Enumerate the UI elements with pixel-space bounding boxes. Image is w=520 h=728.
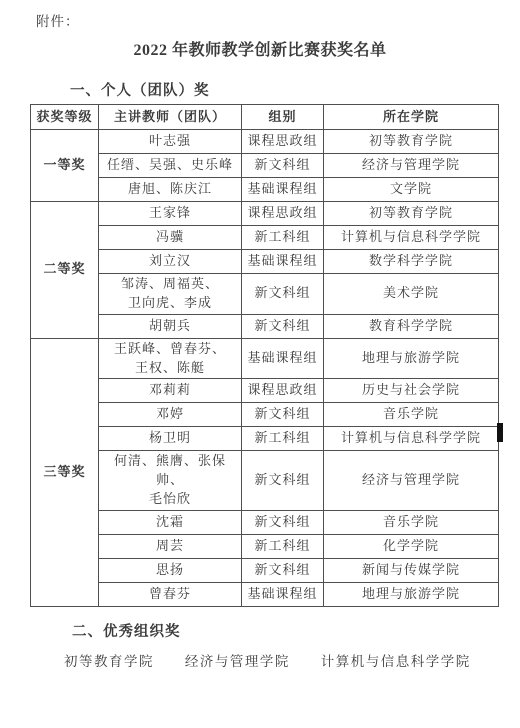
group-cell: 课程思政组: [242, 379, 324, 403]
teacher-cell: 何清、熊膺、张保帅、 毛怡欣: [99, 451, 242, 511]
group-cell: 新工科组: [242, 534, 324, 558]
teacher-cell: 杨卫明: [99, 427, 242, 451]
college-cell: 经济与管理学院: [324, 451, 499, 511]
group-cell: 基础课程组: [242, 582, 324, 606]
table-row: 二等奖 王家锋 课程思政组 初等教育学院: [31, 202, 499, 226]
document-title: 2022 年教师教学创新比赛获奖名单: [0, 37, 520, 60]
section1-heading: 一、个人（团队）奖: [70, 79, 210, 100]
header-teacher: 主讲教师（团队）: [99, 105, 242, 130]
group-cell: 课程思政组: [242, 130, 324, 154]
college-cell: 文学院: [324, 178, 499, 202]
table-row: 胡朝兵 新文科组 教育科学学院: [31, 314, 499, 338]
section2-heading: 二、优秀组织奖: [72, 620, 181, 641]
group-cell: 基础课程组: [242, 338, 324, 379]
grade-cell-third-prize: 三等奖: [31, 338, 99, 606]
teacher-cell: 任缙、吴强、史乐峰: [99, 154, 242, 178]
college-cell: 初等教育学院: [324, 202, 499, 226]
group-cell: 新文科组: [242, 451, 324, 511]
table-row: 沈霜 新文科组 音乐学院: [31, 510, 499, 534]
org-winner: 初等教育学院: [64, 654, 154, 669]
org-winner: 计算机与信息科学学院: [321, 654, 471, 669]
college-cell: 化学学院: [324, 534, 499, 558]
college-cell: 美术学院: [324, 274, 499, 315]
teacher-cell: 思扬: [99, 558, 242, 582]
teacher-cell: 冯骥: [99, 226, 242, 250]
table-row: 思扬 新文科组 新闻与传媒学院: [31, 558, 499, 582]
teacher-cell: 曾春芬: [99, 582, 242, 606]
header-group: 组别: [242, 105, 324, 130]
teacher-cell: 沈霜: [99, 510, 242, 534]
group-cell: 新文科组: [242, 274, 324, 315]
college-cell: 经济与管理学院: [324, 154, 499, 178]
table-row: 邹涛、周福英、 卫向虎、李成 新文科组 美术学院: [31, 274, 499, 315]
college-cell: 音乐学院: [324, 510, 499, 534]
college-cell: 教育科学学院: [324, 314, 499, 338]
table-row: 邓婷 新文科组 音乐学院: [31, 403, 499, 427]
teacher-cell: 周芸: [99, 534, 242, 558]
college-cell: 数学科学学院: [324, 250, 499, 274]
group-cell: 新文科组: [242, 154, 324, 178]
group-cell: 课程思政组: [242, 202, 324, 226]
document-page: 附件： 2022 年教师教学创新比赛获奖名单 一、个人（团队）奖 获奖等级 主讲…: [0, 0, 520, 728]
header-college: 所在学院: [324, 105, 499, 130]
group-cell: 基础课程组: [242, 178, 324, 202]
table-row: 一等奖 叶志强 课程思政组 初等教育学院: [31, 130, 499, 154]
college-cell: 新闻与传媒学院: [324, 558, 499, 582]
table-row: 周芸 新工科组 化学学院: [31, 534, 499, 558]
table-row: 唐旭、陈庆江 基础课程组 文学院: [31, 178, 499, 202]
group-cell: 新文科组: [242, 558, 324, 582]
table-row: 邓莉莉 课程思政组 历史与社会学院: [31, 379, 499, 403]
group-cell: 新文科组: [242, 403, 324, 427]
attachment-label: 附件：: [36, 10, 80, 30]
college-cell: 音乐学院: [324, 403, 499, 427]
table-row: 冯骥 新工科组 计算机与信息科学学院: [31, 226, 499, 250]
college-cell: 初等教育学院: [324, 130, 499, 154]
teacher-cell: 邓莉莉: [99, 379, 242, 403]
grade-cell-first-prize: 一等奖: [31, 130, 99, 202]
teacher-cell: 刘立汉: [99, 250, 242, 274]
group-cell: 新工科组: [242, 226, 324, 250]
table-row: 何清、熊膺、张保帅、 毛怡欣 新文科组 经济与管理学院: [31, 451, 499, 511]
group-cell: 新文科组: [242, 314, 324, 338]
table-row: 杨卫明 新工科组 计算机与信息科学学院: [31, 427, 499, 451]
artifact-mark: [497, 423, 503, 442]
org-award-winners: 初等教育学院 经济与管理学院 计算机与信息科学学院: [64, 650, 471, 670]
college-cell: 计算机与信息科学学院: [324, 226, 499, 250]
header-award-grade: 获奖等级: [31, 105, 99, 130]
teacher-cell: 邓婷: [99, 403, 242, 427]
college-cell: 地理与旅游学院: [324, 582, 499, 606]
table-header-row: 获奖等级 主讲教师（团队） 组别 所在学院: [31, 105, 499, 130]
group-cell: 新文科组: [242, 510, 324, 534]
college-cell: 历史与社会学院: [324, 379, 499, 403]
table-row: 任缙、吴强、史乐峰 新文科组 经济与管理学院: [31, 154, 499, 178]
teacher-cell: 胡朝兵: [99, 314, 242, 338]
group-cell: 基础课程组: [242, 250, 324, 274]
table-row: 刘立汉 基础课程组 数学科学学院: [31, 250, 499, 274]
college-cell: 计算机与信息科学学院: [324, 427, 499, 451]
teacher-cell: 王跃峰、曾春芬、 王权、陈艇: [99, 338, 242, 379]
college-cell: 地理与旅游学院: [324, 338, 499, 379]
teacher-cell: 邹涛、周福英、 卫向虎、李成: [99, 274, 242, 315]
teacher-cell: 王家锋: [99, 202, 242, 226]
grade-cell-second-prize: 二等奖: [31, 202, 99, 339]
table-row: 曾春芬 基础课程组 地理与旅游学院: [31, 582, 499, 606]
table-row: 三等奖 王跃峰、曾春芬、 王权、陈艇 基础课程组 地理与旅游学院: [31, 338, 499, 379]
group-cell: 新工科组: [242, 427, 324, 451]
org-winner: 经济与管理学院: [185, 654, 290, 669]
teacher-cell: 叶志强: [99, 130, 242, 154]
teacher-cell: 唐旭、陈庆江: [99, 178, 242, 202]
awards-table: 获奖等级 主讲教师（团队） 组别 所在学院 一等奖 叶志强 课程思政组 初等教育…: [30, 104, 499, 607]
